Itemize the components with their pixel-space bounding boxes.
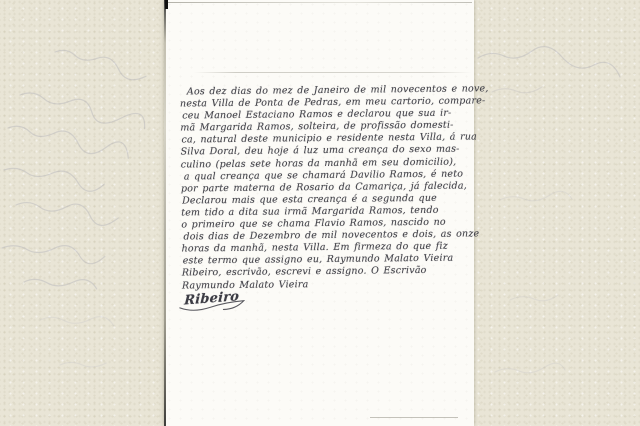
scanned-document-view: Aos dez dias do mez de Janeiro de mil no…: [0, 0, 640, 426]
page-edge-shadow: [164, 0, 166, 426]
manuscript-lines: Aos dez dias do mez de Janeiro de mil no…: [180, 84, 466, 293]
faint-rule-line: [194, 72, 472, 73]
signature-row: Ribeiro: [182, 289, 466, 307]
signature-flourish-icon: [178, 294, 249, 314]
manuscript-page: Aos dez dias do mez de Janeiro de mil no…: [164, 0, 474, 426]
faint-bottom-rule-line: [370, 417, 458, 418]
manuscript-text-block: Aos dez dias do mez de Janeiro de mil no…: [180, 84, 466, 308]
clerk-signature: Ribeiro: [182, 289, 246, 309]
page-top-rule-line: [168, 2, 472, 3]
